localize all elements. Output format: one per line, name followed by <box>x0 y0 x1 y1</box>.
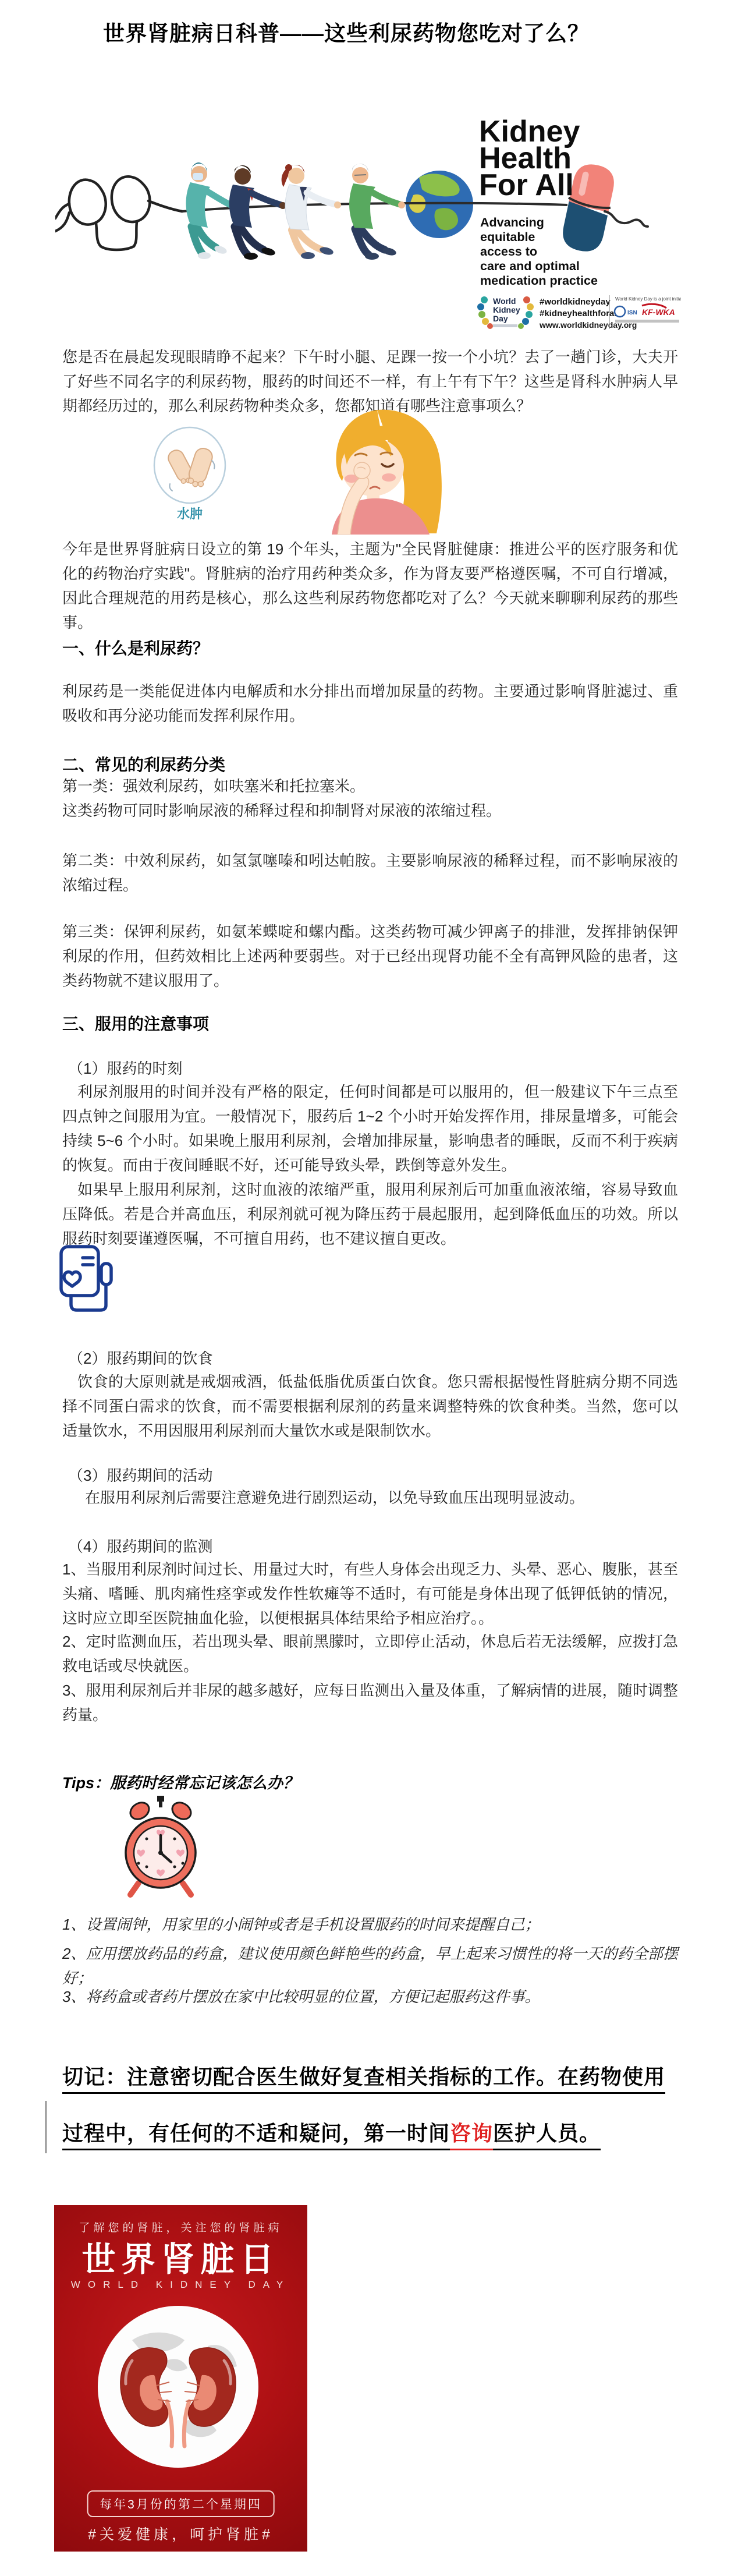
businessman-figure <box>229 165 286 260</box>
banner-tagline-5: medication practice <box>480 274 598 288</box>
page-title: 世界肾脏病日科普——这些利尿药物您吃对了么？ <box>103 16 590 47</box>
isn-logo-text: ISN <box>627 310 637 316</box>
logo-microtext-bar <box>493 324 517 327</box>
kidneys-globe-icon <box>97 2305 259 2468</box>
logo-word-kidney: Kidney <box>493 305 520 314</box>
globe-icon <box>406 171 473 238</box>
subsection4-heading: （4）服药期间的监测 <box>68 1535 212 1556</box>
timing-paragraph-2: 如果早上服用利尿剂，这时血液的浓缩严重，服用利尿剂后可加重血液浓缩，容易导致血压… <box>62 1177 678 1251</box>
ifkf-logo-text: KF-WKA <box>642 307 675 317</box>
nurse-figure <box>186 162 237 259</box>
alarm-clock-icon <box>119 1795 203 1902</box>
banner-tagline-3: access to <box>480 245 537 259</box>
diuretic-type1-line1: 第一类：强效利尿药，如呋塞米和托拉塞米。 <box>62 774 678 798</box>
banner-tagline-1: Advancing <box>480 215 544 229</box>
world-kidney-day-poster: 了解您的肾脏，关注您的肾脏病 世界肾脏日 WORLD KIDNEY DAY <box>54 2205 307 2552</box>
girl-rubbing-eye-illustration <box>321 406 446 535</box>
kidney-doodle-icon <box>55 176 182 250</box>
article-page: 世界肾脏病日科普——这些利尿药物您吃对了么？ <box>0 0 738 2576</box>
section2-title: 二、常见的利尿药分类 <box>62 752 225 776</box>
tip-item-3: 3、将药盒或者药片摆放在家中比较明显的位置，方便记起服药这件事。 <box>62 1984 678 2009</box>
monitoring-item-1: 1、当服用利尿剂时间过长、用量过大时，有些人身体会出现乏力、头晕、恶心、腹胀，甚… <box>62 1557 678 1630</box>
blood-pressure-monitor-icon <box>58 1244 114 1315</box>
banner-tagline-4: care and optimal <box>480 259 580 273</box>
poster-subtitle: WORLD KIDNEY DAY <box>54 2279 307 2291</box>
kidney-health-banner: Kidney Health For All Advancing equitabl… <box>55 108 681 338</box>
partner-heading: World Kidney Day is a joint initiative o… <box>615 296 681 302</box>
diuretic-type2: 第二类：中效利尿药，如氢氯噻嗪和吲达帕胺。主要影响尿液的稀释过程，而不影响尿液的… <box>62 848 678 897</box>
isn-logo-icon <box>615 306 625 317</box>
tip-item-1: 1、设置闹钟，用家里的小闹钟或者是手机设置服药的时间来提醒自己； <box>62 1912 678 1937</box>
elder-figure <box>349 164 405 260</box>
subsection2-heading: （2）服药期间的饮食 <box>68 1347 212 1368</box>
poster-hashtag: #关爱健康，呵护肾脏# <box>54 2523 307 2544</box>
section1-title: 一、什么是利尿药？ <box>62 636 209 659</box>
tips-title: Tips：服药时经常忘记该怎么办？ <box>62 1770 299 1793</box>
banner-headline-3: For All <box>479 168 574 202</box>
world-kidney-day-logo: World Kidney Day #worldkidneyday #kidney… <box>477 295 681 330</box>
warning-highlight: 咨询 <box>450 2121 493 2145</box>
logo-bean-left-icon <box>477 296 493 329</box>
section1-body: 利尿药是一类能促进体内电解质和水分排出而增加尿量的药物。主要通过影响肾脏滤过、重… <box>62 679 678 728</box>
diuretic-type3: 第三类：保钾利尿药，如氨苯蝶啶和螺内酯。这类药物可减少钾离子的排泄，发挥排钠保钾… <box>62 919 678 993</box>
section3-title: 三、服用的注意事项 <box>62 1011 209 1035</box>
diuretic-type1-line2: 这类药物可同时影响尿液的稀释过程和抑制肾对尿液的浓缩过程。 <box>62 798 678 823</box>
logo-word-day: Day <box>493 314 508 323</box>
warning-suffix: 医护人员。 <box>493 2121 601 2145</box>
logo-word-world: World <box>493 296 516 306</box>
doctor-figure <box>282 164 341 259</box>
timing-paragraph-1: 利尿剂服用的时间并没有严格的限定，任何时间都是可以服用的，但一般建议下午三点至四… <box>62 1080 678 1177</box>
logo-bean-right-icon <box>518 296 534 329</box>
tip-item-2: 2、应用摆放药品的药盒，建议使用颜色鲜艳些的药盒，早上起来习惯性的将一天的药全部… <box>62 1941 678 1990</box>
monitoring-item-3: 3、服用利尿剂后并非尿的越多越好，应每日监测出入量及体重，了解病情的进展，随时调… <box>62 1678 678 1727</box>
intro-paragraph-2: 今年是世界肾脏病日设立的第 19 个年头，主题为"全民肾脏健康：推进公平的医疗服… <box>62 537 678 635</box>
edema-label: 水肿 <box>152 504 227 522</box>
warning-statement: 切记：注意密切配合医生做好复查相关指标的工作。在药物使用过程中，有任何的不适和疑… <box>62 2048 678 2161</box>
rope-tail <box>605 211 648 227</box>
partner-microtext-bar <box>615 320 679 323</box>
subsection1-heading: （1）服药的时刻 <box>68 1057 182 1078</box>
banner-tagline-2: equitable <box>480 230 535 244</box>
banner-hashtag-1: #worldkidneyday <box>540 297 611 307</box>
revision-bar <box>45 2101 47 2153</box>
edema-feet-icon <box>152 426 227 506</box>
activity-paragraph: 在服用利尿剂后需要注意避免进行剧烈运动，以免导致血压出现明显波动。 <box>62 1485 678 1510</box>
poster-title: 世界肾脏日 <box>54 2232 307 2281</box>
subsection3-heading: （3）服药期间的活动 <box>68 1464 212 1485</box>
banner-hashtag-2: #kidneyhealthforall <box>540 309 619 319</box>
monitoring-item-2: 2、定时监测血压，若出现头晕、眼前黑朦时，立即停止活动，休息后若无法缓解，应拨打… <box>62 1629 678 1678</box>
poster-date-badge: 每年3月份的第二个星期四 <box>87 2490 275 2517</box>
diet-paragraph: 饮食的大原则就是戒烟戒酒，低盐低脂优质蛋白饮食。您只需根据慢性肾脏病分期不同选择… <box>62 1370 678 1443</box>
